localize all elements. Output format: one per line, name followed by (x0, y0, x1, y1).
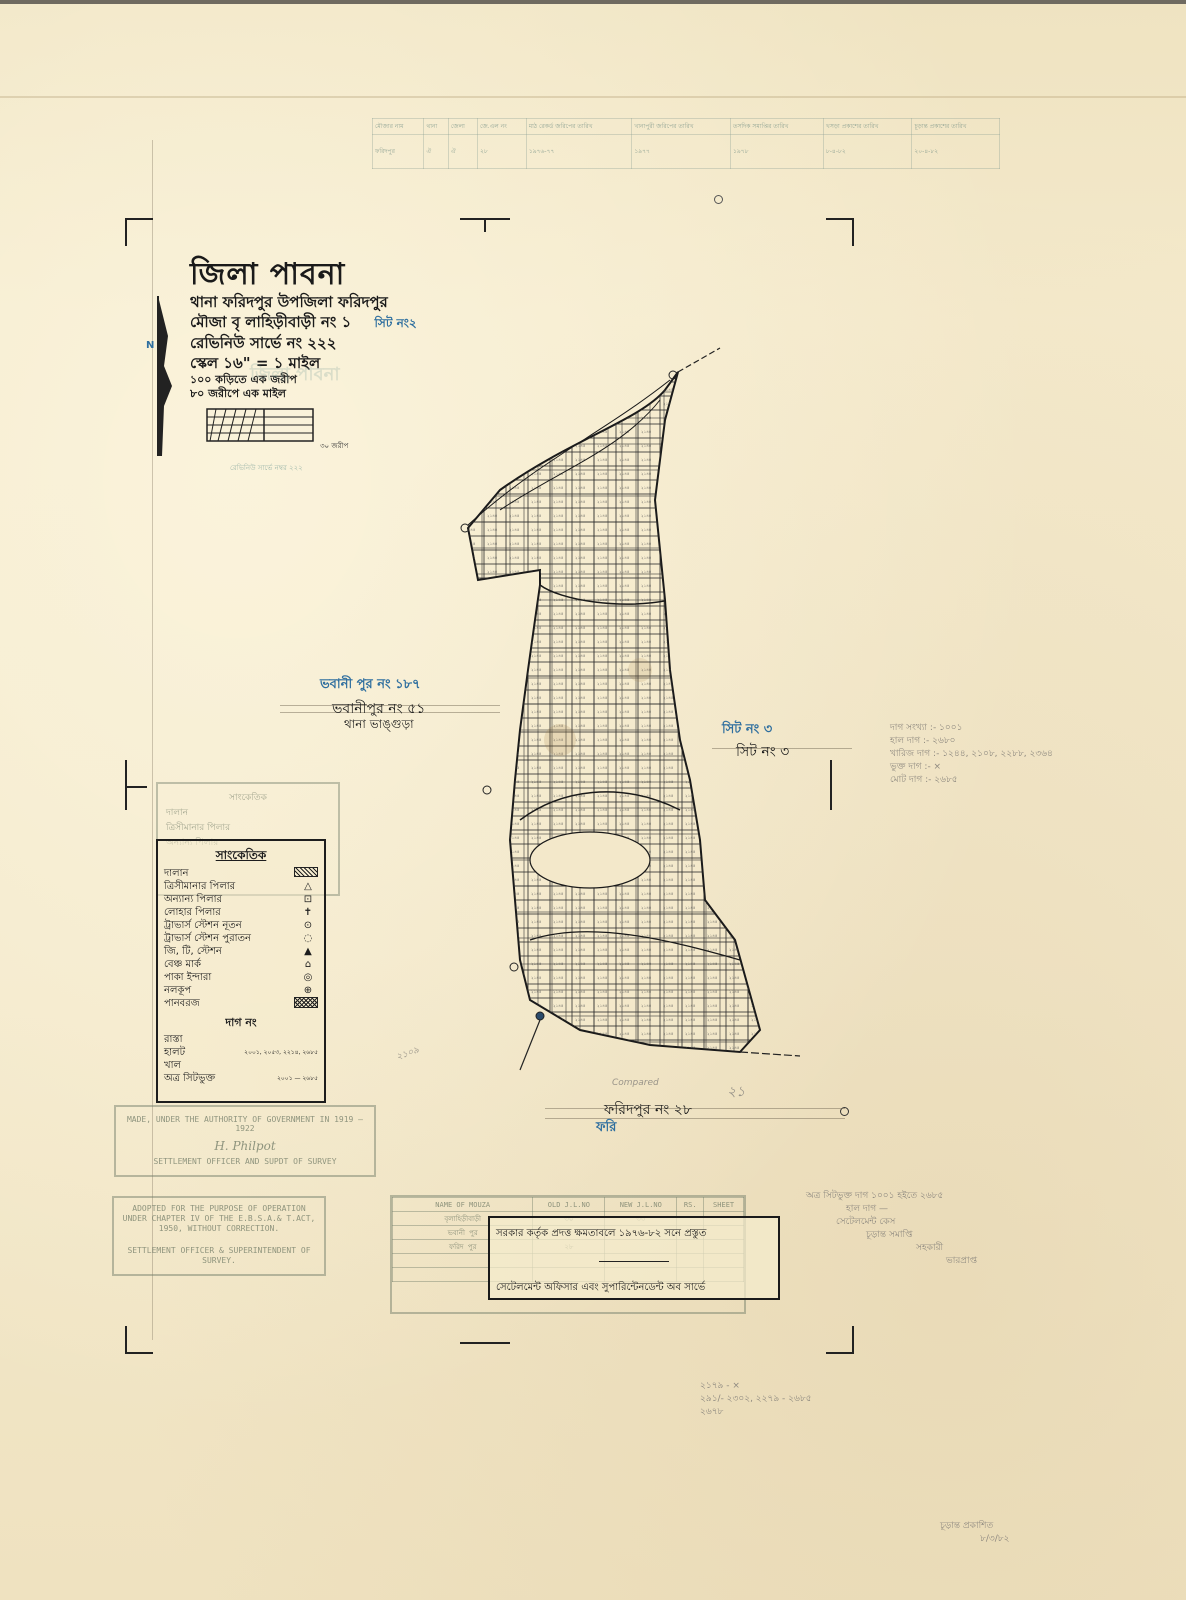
note-line: দাগ সংখ্যা :- ১০০১ (890, 722, 1053, 735)
diagonal-scale-bar (206, 408, 316, 444)
tick-right (830, 760, 832, 810)
register-cell: ঐ (448, 135, 477, 169)
north-arrow-icon (150, 296, 174, 456)
note-line: খারিজ দাগ :- ১২৪৪, ২১০৮, ২২৮৮, ২৩৬৪ (890, 748, 1053, 761)
other-pillar-icon: ⊡ (298, 893, 318, 906)
dag-heading: দাগ নং (158, 1014, 324, 1033)
legend-label: ত্রিসীমানার পিলার (164, 880, 235, 893)
register-cell: ১৯৭৭ (632, 135, 731, 169)
north-label: N (146, 340, 154, 351)
legend-row: পাকা ইন্দারা◎ (158, 971, 324, 984)
register-cell: ঐ (424, 135, 448, 169)
adoption-stamp: ADOPTED FOR THE PURPOSE OF OPERATION UND… (112, 1196, 326, 1276)
register-header: জেলা (448, 119, 477, 135)
final-publication-note: চূড়ান্ত প্রকাশিত ৮/৩/৮২ (940, 1520, 1009, 1546)
legend-label: জি, টি, স্টেশন (164, 945, 222, 958)
corner-mark-tl (125, 218, 153, 246)
legend-label: ট্রাভার্স স্টেশন নূতন (164, 919, 242, 932)
top-register-table: মৌজার নাম থানা জেলা জে.এল নং মাঠ রেকর্ড … (372, 118, 1000, 184)
register-cell: ফরিদপুর (373, 135, 424, 169)
traverse-station-icon (714, 195, 723, 204)
legend-title: সাংকেতিক (158, 847, 324, 867)
note-line: চূড়ান্ত প্রকাশিত (940, 1520, 1009, 1533)
legend-row: পানবরজ (158, 997, 324, 1010)
register-header: খসড়া প্রকাশের তারিখ (823, 119, 911, 135)
signature-philpot: H. Philpot (116, 1139, 374, 1153)
made-under-text: MADE, UNDER THE AUTHORITY OF GOVERNMENT … (116, 1115, 374, 1133)
pencil-note-21: ২১ (727, 1080, 745, 1104)
settlement-superintendent-text: SETTLEMENT OFFICER & SUPERINTENDENT OF S… (114, 1246, 324, 1266)
adjacent-thana-west: থানা ভাঙ্গুড়া (344, 716, 414, 736)
note-line: ৮/৩/৮২ (940, 1533, 1009, 1546)
register-cell: ১৯৭৮ (730, 135, 823, 169)
adjacent-mouza-south-blue: ফরি (596, 1118, 616, 1139)
legend-row: নলকূপ⊕ (158, 984, 324, 997)
certificate-line-2: সেটেলমেন্ট অফিসার এবং সুপারিন্টেনডেন্ট অ… (496, 1280, 772, 1297)
iron-pillar-icon: ✝ (298, 906, 318, 919)
note-line: ২৬৭৮ (700, 1406, 812, 1419)
mouza-header: NAME OF MOUZA (393, 1198, 533, 1212)
register-header: তসদিক সমাপ্তির তারিখ (730, 119, 823, 135)
betel-garden-symbol-icon (294, 997, 318, 1008)
corner-mark-br (826, 1326, 854, 1354)
note-line: অত্র সিটভুক্ত দাগ ১০০১ হইতে ২৬৮৫ (806, 1190, 977, 1203)
bench-mark-icon: ⌂ (298, 958, 318, 971)
legend-label: পানবরজ (164, 997, 200, 1010)
register-cell: ৮-৪-৮২ (823, 135, 911, 169)
mouza-name: মৌজা বৃ লাহিড়ীবাড়ী নং ১ (190, 313, 351, 331)
legend-label: অন্যান্য পিলার (164, 893, 222, 906)
faded-title-ghost: জিলা পাবনা (250, 360, 340, 391)
register-header: থানা (424, 119, 448, 135)
legend-label: রাস্তা (164, 1033, 183, 1046)
legend-value: ২০০১, ২০৫৩, ২২১৪, ২৬৮৫ (244, 1046, 318, 1059)
legend-label: লোহার পিলার (164, 906, 221, 919)
note-line: হাল দাগ — (806, 1203, 977, 1216)
trijunction-pillar-icon: △ (298, 880, 318, 893)
legend-row: খাল (158, 1059, 324, 1072)
scan-edge (0, 0, 1186, 4)
note-line: ২৯১/- ২৩০২, ২২৭৯ - ২৬৮৫ (700, 1393, 812, 1406)
corner-mark-tr (826, 218, 854, 246)
traverse-station-old-icon: ◌ (298, 932, 318, 945)
tick-top-v (484, 218, 486, 232)
register-header: খানাপুরী জরিপের তারিখ (632, 119, 731, 135)
ghost-legend-title: সাংকেতিক (158, 790, 338, 805)
scale-bar-end-label: ৩০ জরীপ (320, 440, 348, 452)
sheet-number: সিট নং২ (375, 316, 417, 330)
note-line: ভারপ্রাপ্ত (806, 1255, 977, 1268)
legend-label: নলকূপ (164, 984, 191, 997)
tubewell-icon: ⊕ (298, 984, 318, 997)
gt-station-icon: ▲ (298, 945, 318, 958)
mouza-header: SHEET (704, 1198, 744, 1212)
note-line: ২১৭৯ - × (700, 1380, 812, 1393)
note-line: হাল দাগ :- ২৬৮০ (890, 735, 1053, 748)
certificate-signature (599, 1251, 669, 1262)
legend-label: হালট (164, 1046, 185, 1059)
note-line: ভুক্ত দাগ :- × (890, 761, 1053, 774)
adjacent-mouza-west-blue: ভবানী পুর নং ১৮৭ (320, 675, 420, 696)
mouza-line: মৌজা বৃ লাহিড়ীবাড়ী নং ১ সিট নং২ (190, 312, 417, 333)
legend-label: দালান (164, 867, 188, 880)
adopted-text: ADOPTED FOR THE PURPOSE OF OPERATION UND… (114, 1204, 324, 1234)
building-symbol-icon (294, 867, 318, 877)
legend-label: অত্র সিটভুক্ত (164, 1072, 215, 1085)
bottom-dag-notes: ২১৭৯ - × ২৯১/- ২৩০২, ২২৭৯ - ২৬৮৫ ২৬৭৮ (700, 1380, 812, 1419)
mouza-header: NEW J.L.NO (605, 1198, 677, 1212)
register-row: ফরিদপুর ঐ ঐ ২৮ ১৯৭৬-৭৭ ১৯৭৭ ১৯৭৮ ৮-৪-৮২ … (373, 135, 1000, 169)
register-header: চূড়ান্ত প্রকাশের তারিখ (912, 119, 1000, 135)
legend-row: অত্র সিটভুক্ত২০০১ — ২৬৮৫ (158, 1072, 324, 1085)
preparation-certificate: সরকার কর্তৃক প্রদত্ত ক্ষমতাবলে ১৯৭৬-৮২ স… (488, 1216, 780, 1300)
legend-row: হালট২০০১, ২০৫৩, ২২১৪, ২৬৮৫ (158, 1046, 324, 1059)
dag-summary-notes: দাগ সংখ্যা :- ১০০১ হাল দাগ :- ২৬৮০ খারিজ… (890, 722, 1053, 787)
legend-label: ট্রাভার্স স্টেশন পুরাতন (164, 932, 251, 945)
legend-box: সাংকেতিক দালান ত্রিসীমানার পিলার△ অন্যান… (156, 839, 326, 1103)
legend-row: বেঞ্চ মার্ক⌂ (158, 958, 324, 971)
mouza-header: RS. (677, 1198, 704, 1212)
register-cell: ২০-৪-৮২ (912, 135, 1000, 169)
legend-row: লোহার পিলার✝ (158, 906, 324, 919)
register-cell: ২৮ (478, 135, 527, 169)
pencil-compared: Compared (612, 1078, 659, 1088)
tick-bottom (460, 1340, 510, 1344)
adjacent-sheet-east: সিট নং ৩ (736, 740, 789, 764)
note-line: চূড়ান্ত সমাপ্তি (806, 1229, 977, 1242)
tick-left-v (125, 760, 127, 810)
tick-left (125, 786, 147, 788)
sheet-notes: অত্র সিটভুক্ত দাগ ১০০১ হইতে ২৬৮৫ হাল দাগ… (806, 1190, 977, 1268)
legend-row: জি, টি, স্টেশন▲ (158, 945, 324, 958)
legend-value: ২০০১ — ২৬৮৫ (277, 1072, 318, 1085)
revenue-survey-number: রেভিনিউ সার্ভে নং ২২২ (190, 333, 417, 353)
pucca-well-icon: ◎ (298, 971, 318, 984)
legend-row: দালান (158, 867, 324, 880)
legend-label: খাল (164, 1059, 181, 1072)
ghost-legend-item: দালান (158, 805, 338, 820)
legend-label: বেঞ্চ মার্ক (164, 958, 201, 971)
paper-fold (0, 96, 1186, 98)
adjacent-mouza-south: ফরিদপুর নং ২৮ (604, 1098, 692, 1122)
certificate-line-1: সরকার কর্তৃক প্রদত্ত ক্ষমতাবলে ১৯৭৬-৮২ স… (496, 1226, 772, 1243)
note-line: সেটেলমেন্ট কেস (806, 1216, 977, 1229)
legend-row: ত্রিসীমানার পিলার△ (158, 880, 324, 893)
authority-stamp: MADE, UNDER THE AUTHORITY OF GOVERNMENT … (114, 1105, 376, 1177)
register-cell: ১৯৭৬-৭৭ (526, 135, 631, 169)
mouza-table-header: NAME OF MOUZA OLD J.L.NO NEW J.L.NO RS. … (393, 1198, 744, 1212)
register-header: মৌজার নাম (373, 119, 424, 135)
district-title: জিলা পাবনা (190, 258, 417, 292)
mouza-header: OLD J.L.NO (533, 1198, 605, 1212)
boundary-line (545, 1108, 845, 1109)
boundary-line (545, 1118, 845, 1119)
legend-row: অন্যান্য পিলার⊡ (158, 893, 324, 906)
adjacent-sheet-east-blue: সিট নং ৩ (722, 720, 772, 741)
note-line: সহকারী (806, 1242, 977, 1255)
legend-row: ট্রাভার্স স্টেশন নূতন⊙ (158, 919, 324, 932)
legend-label: পাকা ইন্দারা (164, 971, 211, 984)
register-header-row: মৌজার নাম থানা জেলা জে.এল নং মাঠ রেকর্ড … (373, 119, 1000, 135)
settlement-officer-text: SETTLEMENT OFFICER AND SUPDT OF SURVEY (116, 1157, 374, 1166)
register-header: মাঠ রেকর্ড জরিপের তারিখ (526, 119, 631, 135)
ghost-legend-item: ত্রিসীমানার পিলার (158, 820, 338, 835)
legend-row: ট্রাভার্স স্টেশন পুরাতন◌ (158, 932, 324, 945)
traverse-station-new-icon: ⊙ (298, 919, 318, 932)
legend-row: রাস্তা (158, 1033, 324, 1046)
faded-survey-note: রেভিনিউ সার্ভে নম্বর ২২২ (230, 462, 303, 474)
note-line: মোট দাগ :- ২৬৮৫ (890, 774, 1053, 787)
thana-line: থানা ফরিদপুর উপজিলা ফরিদপুর (190, 292, 417, 312)
register-header: জে.এল নং (478, 119, 527, 135)
corner-mark-bl (125, 1326, 153, 1354)
